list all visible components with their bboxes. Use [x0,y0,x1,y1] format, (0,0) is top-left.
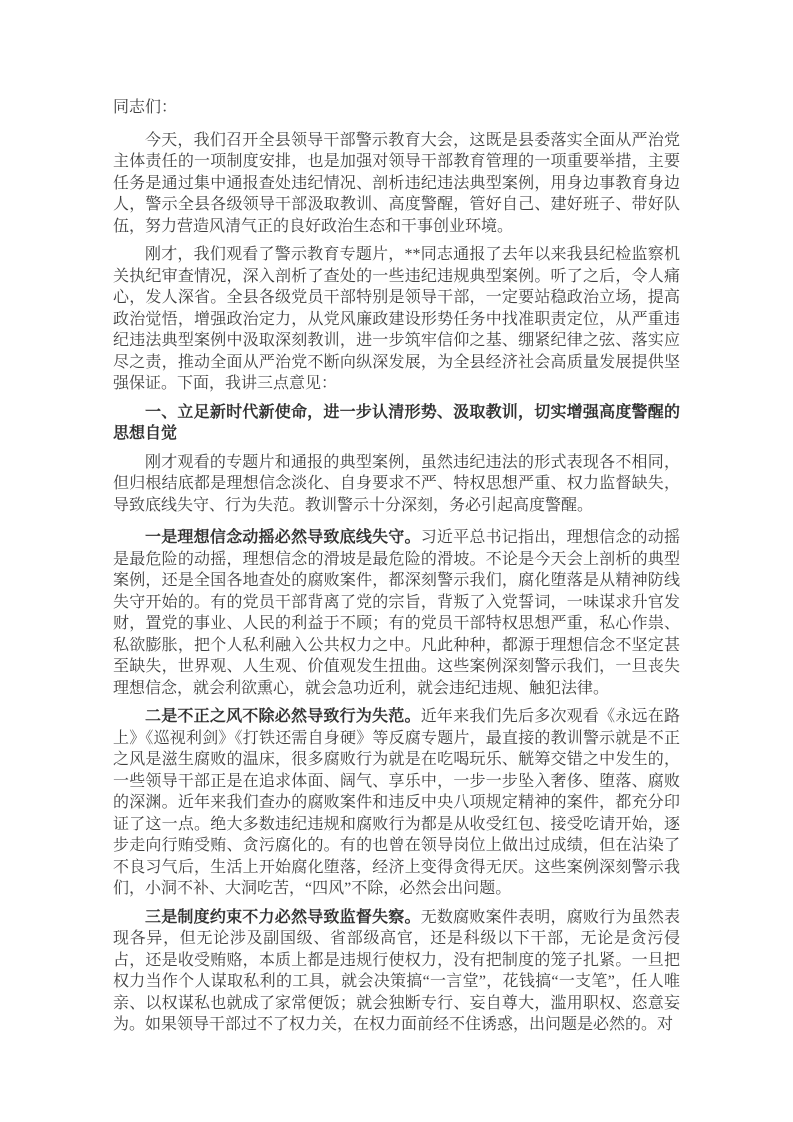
document-page: 同志们： 今天，我们召开全县领导干部警示教育大会，这既是县委落实全面从严治党主体… [0,0,793,1122]
document-body: 同志们： 今天，我们召开全县领导干部警示教育大会，这既是县委落实全面从严治党主体… [113,97,680,1043]
point-3-body: 无数腐败案件表明，腐败行为虽然表现各异，但无论涉及副国级、省部级高官，还是科级以… [113,909,680,1034]
section-heading: 一、立足新时代新使命，进一步认清形势、汲取教训，切实增强高度警醒的思想自觉 [113,402,680,445]
section-overview-paragraph: 刚才观看的专题片和通报的典型案例，虽然违纪违法的形式表现各不相同，但归根结底都是… [113,452,680,517]
point-3-lead: 三是制度约束不力必然导致监督失察。 [145,909,421,926]
intro-paragraph-2: 刚才，我们观看了警示教育专题片，**同志通报了去年以来我县纪检监察机关执纪审查情… [113,244,680,395]
point-paragraph-2: 二是不正之风不除必然导致行为失范。近年来我们先后多次观看《永远在路上》《巡视利剑… [113,706,680,900]
point-paragraph-1: 一是理想信念动摇必然导致底线失守。习近平总书记指出，理想信念的动摇是最危险的动摇… [113,527,680,699]
point-1-body: 习近平总书记指出，理想信念的动摇是最危险的动摇，理想信念的滑坡是最危险的滑坡。不… [113,529,680,697]
point-paragraph-3: 三是制度约束不力必然导致监督失察。无数腐败案件表明，腐败行为虽然表现各异，但无论… [113,907,680,1036]
point-2-lead: 二是不正之风不除必然导致行为失范。 [145,708,421,725]
salutation: 同志们： [113,97,680,119]
point-2-body: 近年来我们先后多次观看《永远在路上》《巡视利剑》《打铁还需自身硬》等反腐专题片，… [113,708,680,897]
point-1-lead: 一是理想信念动摇必然导致底线失守。 [145,529,421,546]
intro-paragraph-1: 今天，我们召开全县领导干部警示教育大会，这既是县委落实全面从严治党主体责任的一项… [113,130,680,238]
